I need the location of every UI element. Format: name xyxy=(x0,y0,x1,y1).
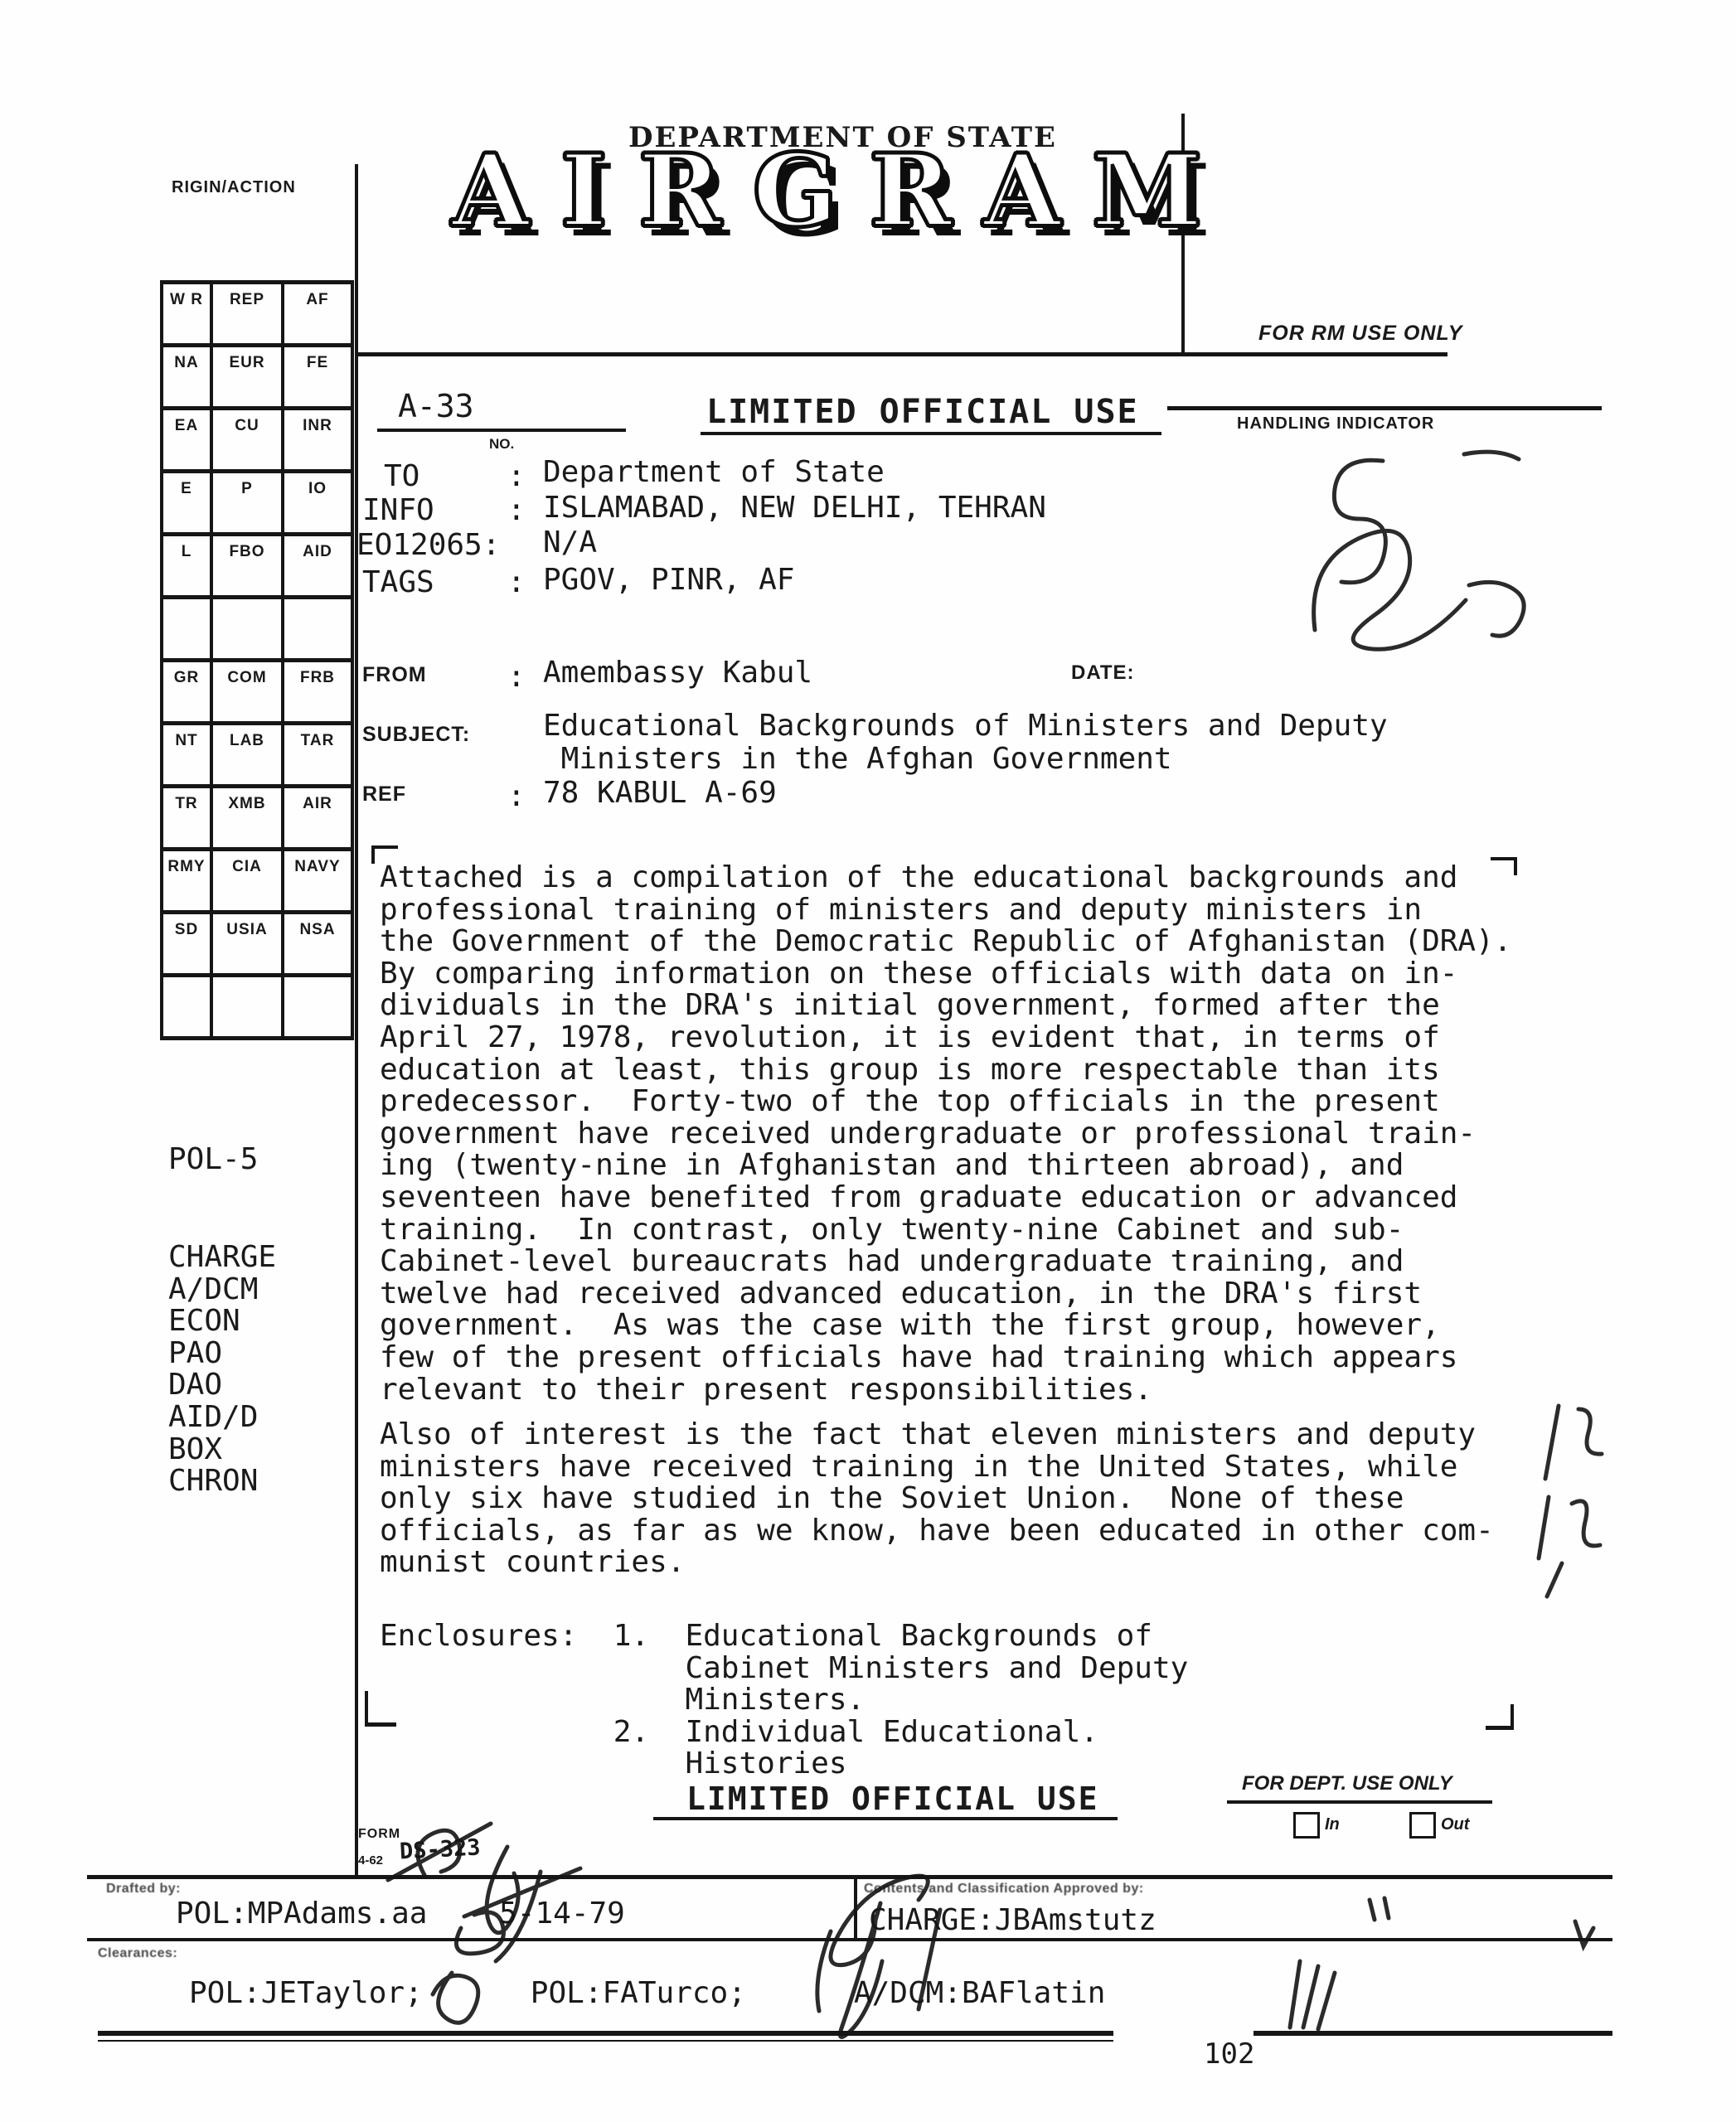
form-rev: 4-62 xyxy=(358,1853,383,1868)
form-label: FORM xyxy=(358,1827,400,1842)
routing-cell: AID xyxy=(284,536,351,595)
routing-row: W RREPAF xyxy=(163,284,351,347)
routing-row: SDUSIANSA xyxy=(163,914,351,977)
routing-cell: GR xyxy=(163,662,213,721)
close-bracket-bottom-right xyxy=(1486,1704,1514,1730)
routing-cell: XMB xyxy=(213,788,284,847)
routing-cell: INR xyxy=(284,410,351,469)
routing-row: GRCOMFRB xyxy=(163,662,351,725)
clearance-slash xyxy=(1303,1966,1318,2028)
eo-value: N/A xyxy=(543,526,597,560)
routing-cell: USIA xyxy=(213,914,284,973)
main-vertical-rule xyxy=(355,164,358,1875)
routing-cell: FBO xyxy=(213,536,284,595)
routing-cell: IO xyxy=(284,473,351,532)
routing-cell: EUR xyxy=(213,347,284,406)
clearances-label: Clearances: xyxy=(98,1946,177,1961)
margin-mark xyxy=(1578,1409,1602,1454)
classification-underline xyxy=(701,432,1161,435)
routing-cell: W R xyxy=(163,284,213,343)
from-label: FROM xyxy=(362,663,427,687)
handwritten-loop xyxy=(1314,530,1466,649)
airgram-title: AIRGRAM xyxy=(452,133,1234,250)
routing-cell: NAVY xyxy=(284,851,351,910)
distribution-list: CHARGE A/DCM ECON PAO DAO AID/D BOX CHRO… xyxy=(168,1242,276,1498)
routing-cell: E xyxy=(163,473,213,532)
classification-bottom-underline xyxy=(653,1817,1118,1820)
routing-cell: P xyxy=(213,473,284,532)
subject-label: SUBJECT: xyxy=(362,723,470,747)
routing-cell: REP xyxy=(213,284,284,343)
classification-bottom: LIMITED OFFICIAL USE xyxy=(686,1780,1099,1817)
info-label: INFO xyxy=(362,493,434,527)
page-number: 102 xyxy=(1204,2037,1254,2071)
subject-value: Educational Backgrounds of Ministers and… xyxy=(543,710,1388,776)
ref-colon: : xyxy=(507,779,526,813)
airgram-number-underline xyxy=(377,429,626,432)
margin-mark xyxy=(1539,1497,1549,1558)
routing-cell xyxy=(213,599,284,658)
for-dept-use-underline xyxy=(1227,1800,1492,1804)
margin-mark xyxy=(1547,1563,1562,1596)
routing-row: EACUINR xyxy=(163,410,351,473)
handling-indicator-label: HANDLING INDICATOR xyxy=(1237,414,1434,434)
routing-cell: LAB xyxy=(213,725,284,784)
routing-cell xyxy=(163,977,213,1036)
to-value: Department of State xyxy=(543,455,885,489)
approval-tick xyxy=(1384,1898,1389,1918)
handwritten-flourish xyxy=(1469,582,1524,636)
routing-cell: EA xyxy=(163,410,213,469)
routing-row: RMYCIANAVY xyxy=(163,851,351,914)
routing-cell: SD xyxy=(163,914,213,973)
form-number: DS-323 xyxy=(399,1834,481,1864)
approval-tick xyxy=(1370,1900,1375,1920)
for-dept-use-label: FOR DEPT. USE ONLY xyxy=(1242,1772,1452,1795)
drafted-by-value: POL:MPAdams.aa 5-14-79 xyxy=(176,1897,625,1931)
routing-cell: NT xyxy=(163,725,213,784)
date-label: DATE: xyxy=(1071,661,1135,685)
handwritten-initials-top xyxy=(1464,452,1519,459)
clearances-value: POL:JETaylor; POL:FATurco; A/DCM:BAFlati… xyxy=(189,1976,1105,2010)
drafted-by-label: Drafted by: xyxy=(106,1882,181,1897)
airgram-document-page: RIGIN/ACTION W RREPAF NAEURFE EACUINR EP… xyxy=(0,0,1736,2122)
routing-cell: NA xyxy=(163,347,213,406)
routing-row: EPIO xyxy=(163,473,351,536)
approved-by-value: CHARGE:JBAmstutz xyxy=(869,1903,1157,1937)
from-value: Amembassy Kabul xyxy=(543,656,812,690)
info-colon: : xyxy=(507,493,526,527)
in-checkbox-label: In xyxy=(1325,1815,1340,1834)
airgram-number: A-33 xyxy=(398,388,474,424)
routing-cell: CU xyxy=(213,410,284,469)
footer-rule-bottom-left-echo xyxy=(98,2040,1113,2042)
tags-colon: : xyxy=(507,565,526,599)
no-label: NO. xyxy=(489,436,514,453)
in-checkbox xyxy=(1293,1812,1320,1839)
clearance-slash xyxy=(1318,1973,1335,2029)
routing-cell xyxy=(284,599,351,658)
margin-mark xyxy=(1572,1501,1600,1546)
distribution-pol: POL-5 xyxy=(168,1142,258,1176)
from-colon: : xyxy=(507,660,526,694)
margin-mark xyxy=(1545,1406,1559,1479)
origin-action-label: RIGIN/ACTION xyxy=(172,178,296,197)
footer-divider xyxy=(854,1875,857,1941)
routing-cell: RMY xyxy=(163,851,213,910)
routing-cell: FRB xyxy=(284,662,351,721)
routing-cell: AF xyxy=(284,284,351,343)
routing-cell: L xyxy=(163,536,213,595)
routing-row: TRXMBAIR xyxy=(163,788,351,851)
eo-label: EO12065: xyxy=(356,528,500,562)
out-checkbox-label: Out xyxy=(1441,1815,1469,1834)
routing-cell: FE xyxy=(284,347,351,406)
footer-rule-top xyxy=(87,1875,1612,1879)
routing-cell: COM xyxy=(213,662,284,721)
routing-cell xyxy=(284,977,351,1036)
ref-label: REF xyxy=(362,782,406,807)
enclosures-list: Enclosures: 1. Educational Backgrounds o… xyxy=(380,1621,1188,1780)
routing-cell: TAR xyxy=(284,725,351,784)
routing-row xyxy=(163,977,351,1040)
ref-value: 78 KABUL A-69 xyxy=(543,776,777,810)
routing-grid: W RREPAF NAEURFE EACUINR EPIO LFBOAID GR… xyxy=(160,280,354,1040)
routing-row: NTLABTAR xyxy=(163,725,351,788)
to-colon: : xyxy=(507,459,526,493)
routing-cell xyxy=(213,977,284,1036)
handwritten-digit xyxy=(1334,460,1385,583)
approved-by-label: Contents and Classification Approved by: xyxy=(864,1882,1144,1897)
routing-row: NAEURFE xyxy=(163,347,351,410)
body-paragraph-1: Attached is a compilation of the educati… xyxy=(380,862,1511,1406)
out-checkbox xyxy=(1409,1812,1436,1839)
routing-row: LFBOAID xyxy=(163,536,351,599)
for-rm-use-label: FOR RM USE ONLY xyxy=(1258,322,1462,346)
to-label: TO xyxy=(384,459,419,493)
footer-rule-bottom-left xyxy=(98,2031,1113,2036)
info-value: ISLAMABAD, NEW DELHI, TEHRAN xyxy=(543,491,1046,525)
clearance-slash xyxy=(1290,1961,1300,2028)
tags-value: PGOV, PINR, AF xyxy=(543,563,794,597)
routing-cell: TR xyxy=(163,788,213,847)
handling-rule xyxy=(1167,406,1602,410)
footer-rule-bottom-right xyxy=(1254,2031,1612,2036)
routing-cell: AIR xyxy=(284,788,351,847)
routing-cell xyxy=(163,599,213,658)
tags-label: TAGS xyxy=(362,565,434,599)
footer-rule-mid xyxy=(87,1938,1612,1941)
approval-check xyxy=(1575,1921,1593,1946)
header-bottom-rule xyxy=(355,352,1447,356)
routing-cell: CIA xyxy=(213,851,284,910)
routing-row xyxy=(163,599,351,662)
classification-top: LIMITED OFFICIAL USE xyxy=(706,393,1139,431)
body-paragraph-2: Also of interest is the fact that eleven… xyxy=(380,1419,1494,1579)
routing-cell: NSA xyxy=(284,914,351,973)
